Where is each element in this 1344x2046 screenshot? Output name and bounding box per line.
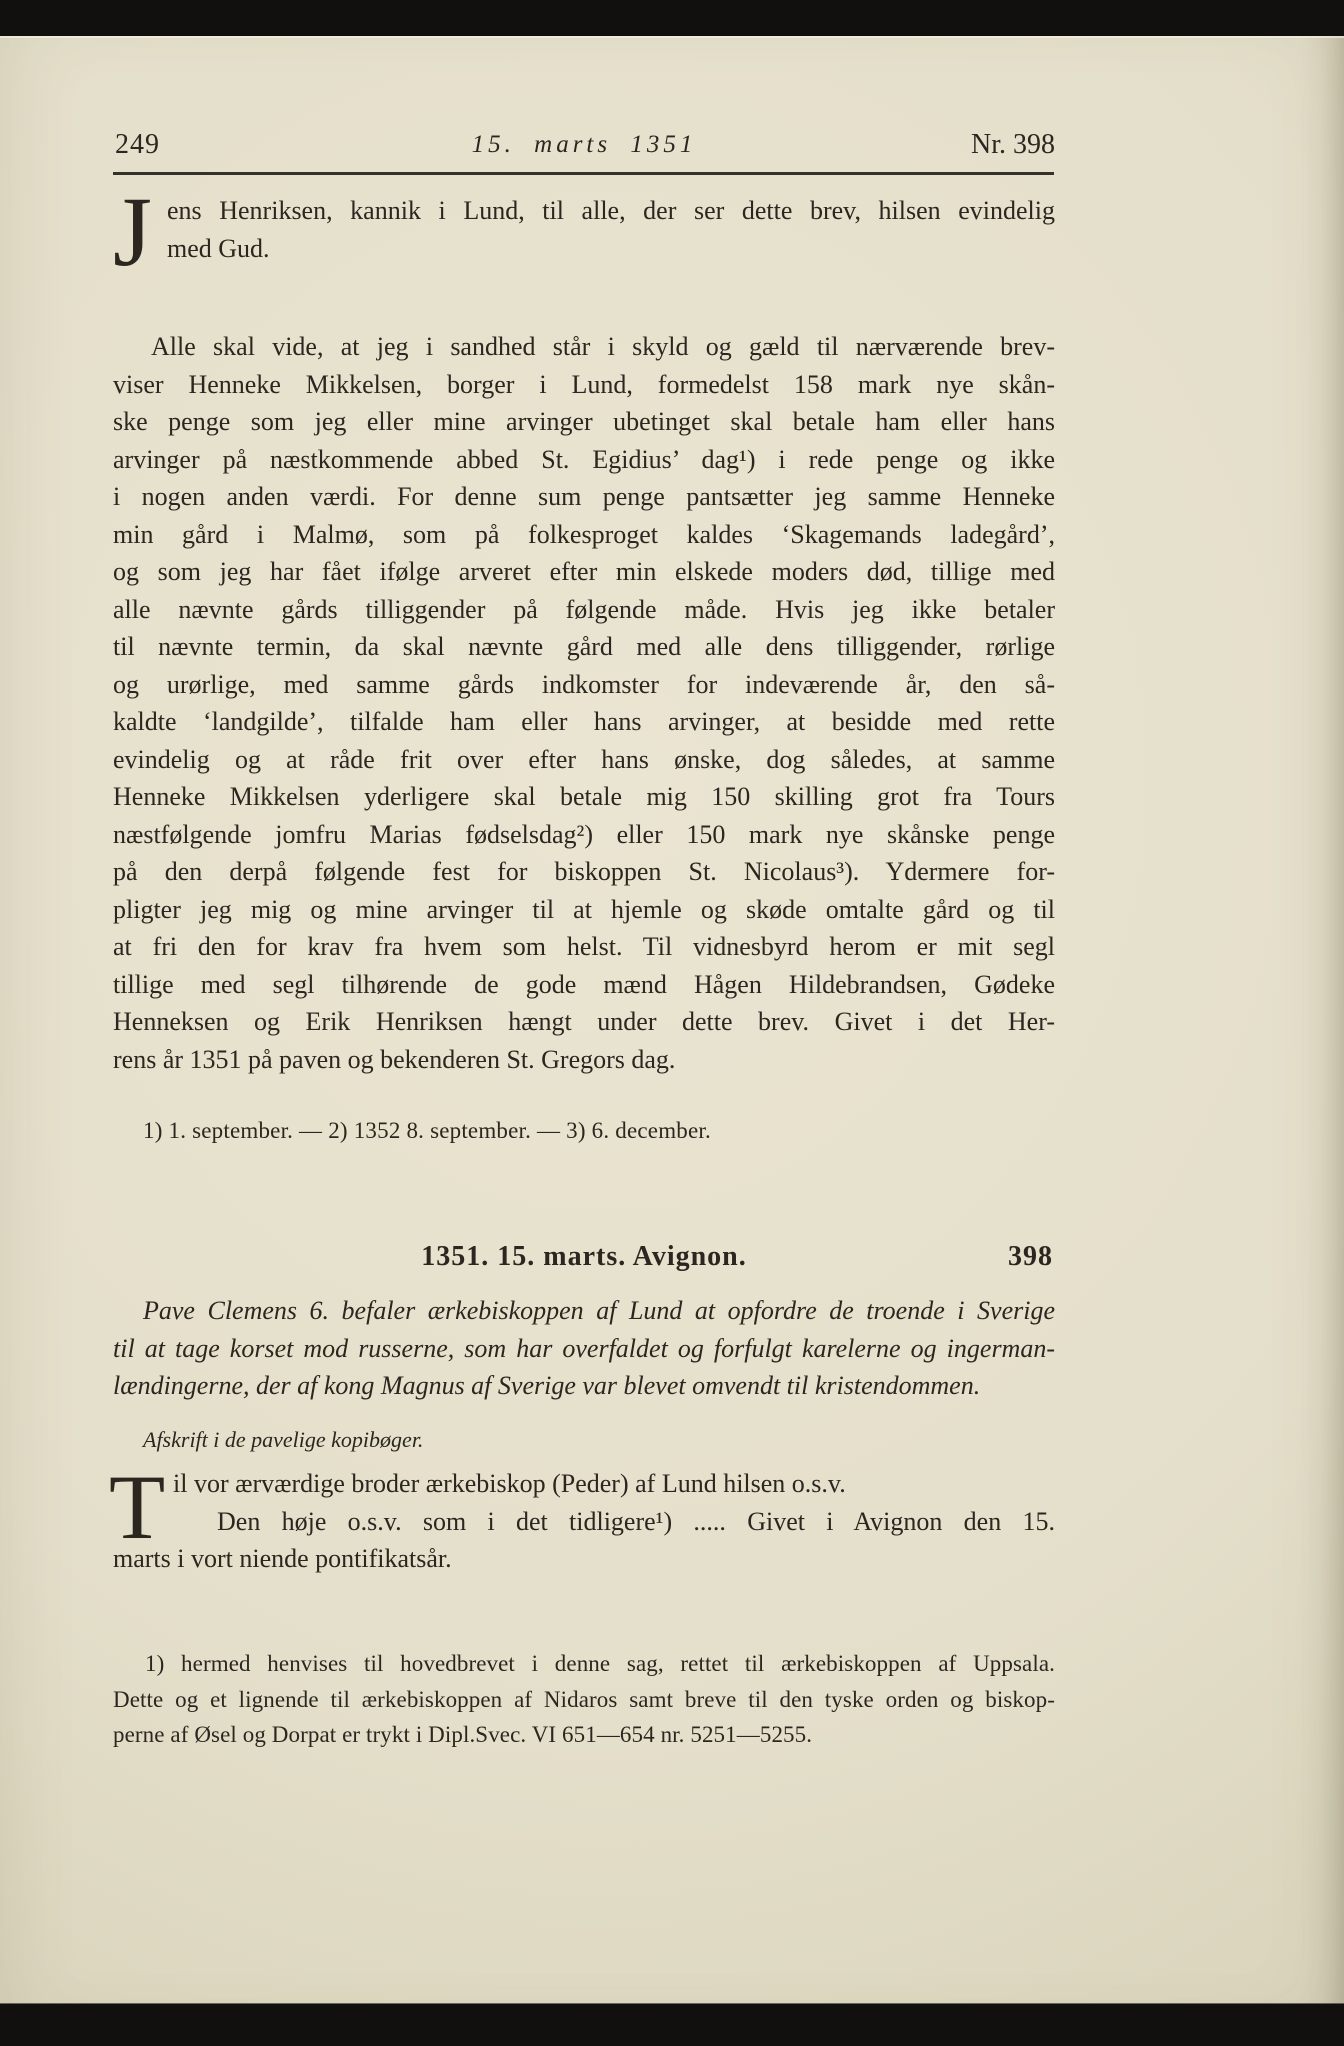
text-line: og som jeg har fået ifølge arveret efter… [113,553,1055,591]
text-line: næstfølgende jomfru Marias fødselsdag²) … [113,816,1055,854]
text-line: evindelig og at råde frit over efter han… [113,741,1055,779]
letter2-summary: Pave Clemens 6. befaler ærkebiskoppen af… [113,1292,1055,1405]
running-head-date: 15. marts 1351 [113,131,1055,159]
scanned-document-page: 249 15. marts 1351 Nr. 398 J ens Henriks… [0,0,1344,2046]
text-line: ske penge som jeg eller mine arvinger ub… [113,403,1055,441]
scan-edge-top [0,0,1344,36]
text-line: tillige med segl tilhørende de gode mænd… [113,966,1055,1004]
text-line: Den høje o.s.v. som i det tidligere¹) ..… [173,1503,1055,1541]
text-line: kaldte ‘landgilde’, tilfalde ham eller h… [113,703,1055,741]
text-line: il vor ærværdige broder ærkebiskop (Pede… [173,1465,1055,1503]
text-line: rens år 1351 på paven og bekenderen St. … [113,1041,1055,1079]
scan-edge-bottom [0,2004,1344,2046]
text-line: med Gud. [167,230,1055,268]
text-line: 1) hermed henvises til hovedbrevet i den… [113,1646,1055,1682]
text-line: Dette og et lignende til ærkebiskoppen a… [113,1682,1055,1718]
text-line: lændingerne, der af kong Magnus af Sveri… [113,1367,1055,1405]
text-line: til nævnte termin, da skal nævnte gård m… [113,628,1055,666]
entry-date-place: 1351. 15. marts. Avignon. [421,1241,747,1272]
letter1-footnotes: 1) 1. september. — 2) 1352 8. september.… [113,1112,1055,1150]
letter1-body: Alle skal vide, at jeg i sandhed står i … [113,328,1055,1078]
drop-cap-initial: J [113,182,152,282]
text-line: på den derpå følgende fest for biskoppen… [113,853,1055,891]
letter2-opening: T il vor ærværdige broder ærkebiskop (Pe… [113,1465,1055,1540]
text-line: marts i vort niende pontifikatsår. [113,1540,1055,1578]
letter1-opening: J ens Henriksen, kannik i Lund, til alle… [113,192,1055,267]
text-line: alle nævnte gårds tilliggender på følgen… [113,591,1055,629]
text-line: Henneke Mikkelsen yderligere skal betale… [113,778,1055,816]
header-rule [113,172,1054,175]
letter2-continuation: marts i vort niende pontifikatsår. [113,1540,1055,1578]
text-line: Alle skal vide, at jeg i sandhed står i … [113,328,1055,366]
text-line: arvinger på næstkommende abbed St. Egidi… [113,441,1055,479]
entry-heading: 1351. 15. marts. Avignon. 398 [113,1238,1055,1276]
document-number-label: Nr. 398 [971,129,1055,161]
text-line: at fri den for krav fra hvem som helst. … [113,928,1055,966]
text-line: min gård i Malmø, som på folkesproget ka… [113,516,1055,554]
letter2-footnote: 1) hermed henvises til hovedbrevet i den… [113,1646,1055,1753]
text-line: i nogen anden værdi. For denne sum penge… [113,478,1055,516]
text-line: Henneksen og Erik Henriksen hængt under … [113,1003,1055,1041]
source-note: Afskrift i de pavelige kopibøger. [113,1421,1055,1459]
text-line: og urørlige, med samme gårds indkomster … [113,666,1055,704]
page-header: 249 15. marts 1351 Nr. 398 [113,129,1055,169]
text-line: viser Henneke Mikkelsen, borger i Lund, … [113,366,1055,404]
entry-number: 398 [1008,1238,1053,1276]
text-line: pligter jeg mig og mine arvinger til at … [113,891,1055,929]
text-line: Pave Clemens 6. befaler ærkebiskoppen af… [113,1292,1055,1330]
text-line: ens Henriksen, kannik i Lund, til alle, … [167,192,1055,230]
text-line: til at tage korset mod russerne, som har… [113,1330,1055,1368]
text-line: perne af Øsel og Dorpat er trykt i Dipl.… [113,1717,1055,1753]
